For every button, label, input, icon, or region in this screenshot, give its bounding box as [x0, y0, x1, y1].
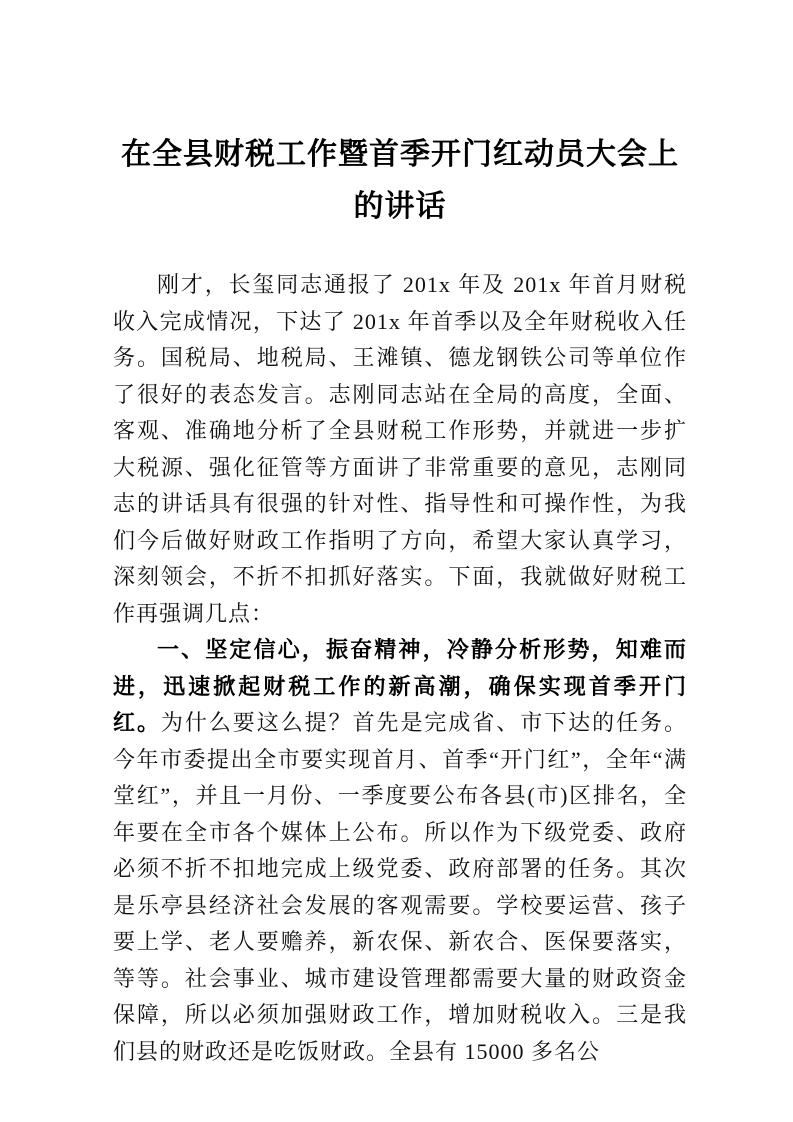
paragraph-intro-text: 刚才，长玺同志通报了 201x 年及 201x 年首月财税收入完成情况，下达了 …: [113, 272, 687, 626]
document-title: 在全县财税工作暨首季开门红动员大会上的讲话: [113, 129, 687, 233]
document-body: 刚才，长玺同志通报了 201x 年及 201x 年首月财税收入完成情况，下达了 …: [113, 267, 687, 1070]
paragraph-section-1: 一、坚定信心，振奋精神，冷静分析形势，知难而进，迅速掀起财税工作的新高潮，确保实…: [113, 632, 687, 1070]
section-1-text: 为什么要这么提？首先是完成省、市下达的任务。今年市委提出全市要实现首月、首季“开…: [113, 710, 687, 1064]
document-page: 在全县财税工作暨首季开门红动员大会上的讲话 刚才，长玺同志通报了 201x 年及…: [0, 0, 793, 1122]
paragraph-intro: 刚才，长玺同志通报了 201x 年及 201x 年首月财税收入完成情况，下达了 …: [113, 267, 687, 632]
